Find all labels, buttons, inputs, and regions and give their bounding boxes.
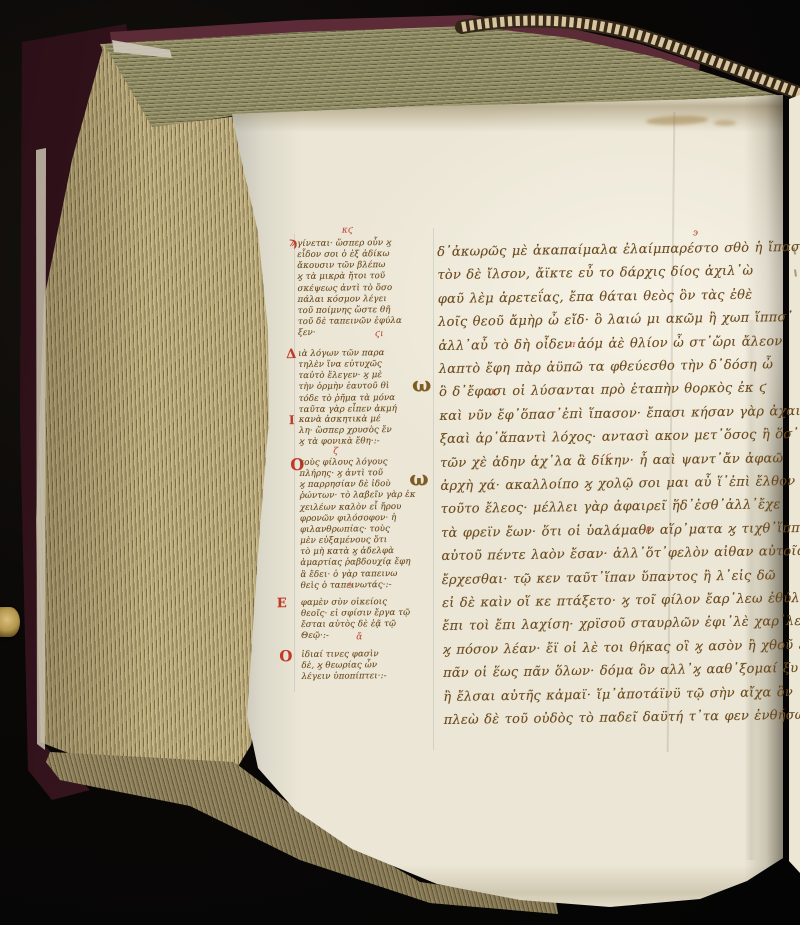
text-line: τοῦ δὲ ταπεινῶν ἐφύλα (298, 316, 402, 328)
rubric-initial: ϡ (289, 237, 297, 248)
manuscript-photo: ϡ γίνεται· ὥσπερ οὖν ϗεἶδον σοι ὁ ἐξ ἀδί… (0, 0, 800, 925)
ruling-line-right (433, 228, 434, 750)
text-line: ξεν· (298, 328, 316, 339)
large-omega-initial: ω (412, 373, 432, 397)
text-line: τὴν ὁρμὴν ἑαυτοῦ θὶ (299, 381, 390, 393)
rubric-initial: Δ (286, 349, 296, 360)
rubric-mark: ζ (333, 448, 338, 457)
rubric-initial: Ι (289, 415, 295, 426)
text-line: πλεὼ δὲ τοῦ οὐδὸς τὸ παδεῖ δαϋτή τ᾽τα φε… (444, 704, 800, 732)
rubric-mark: ϟ (348, 582, 354, 591)
rubric-initial: Ο (279, 651, 292, 662)
text-line: θεὶς ὁ ταπεινωτάς·:- (301, 580, 392, 592)
text-line: πάλαι κόσμον λέγει (298, 294, 387, 306)
rubric-initial: Ε (277, 598, 287, 609)
text-line: ϗ τὰ φονικὰ ἔθη·:- (299, 436, 380, 448)
text-line: λέγειν ὑποπίπτει·:- (302, 671, 387, 683)
page-stain (714, 120, 736, 126)
text-line: ἔσται αὐτὸς δὲ ἐᾷ τῷ (301, 619, 396, 631)
text-line: ϗ τὰ μικρὰ ἤτοι τοῦ (297, 272, 385, 284)
text-line: Θεῷ·:- (301, 631, 329, 642)
clasp-pin (0, 607, 20, 637)
rubric-mark: κϛ (342, 226, 353, 235)
rubric-mark: ϛι (375, 330, 384, 339)
rubric-mark: ἄ (356, 633, 362, 642)
large-omega-initial: ω (409, 467, 429, 491)
